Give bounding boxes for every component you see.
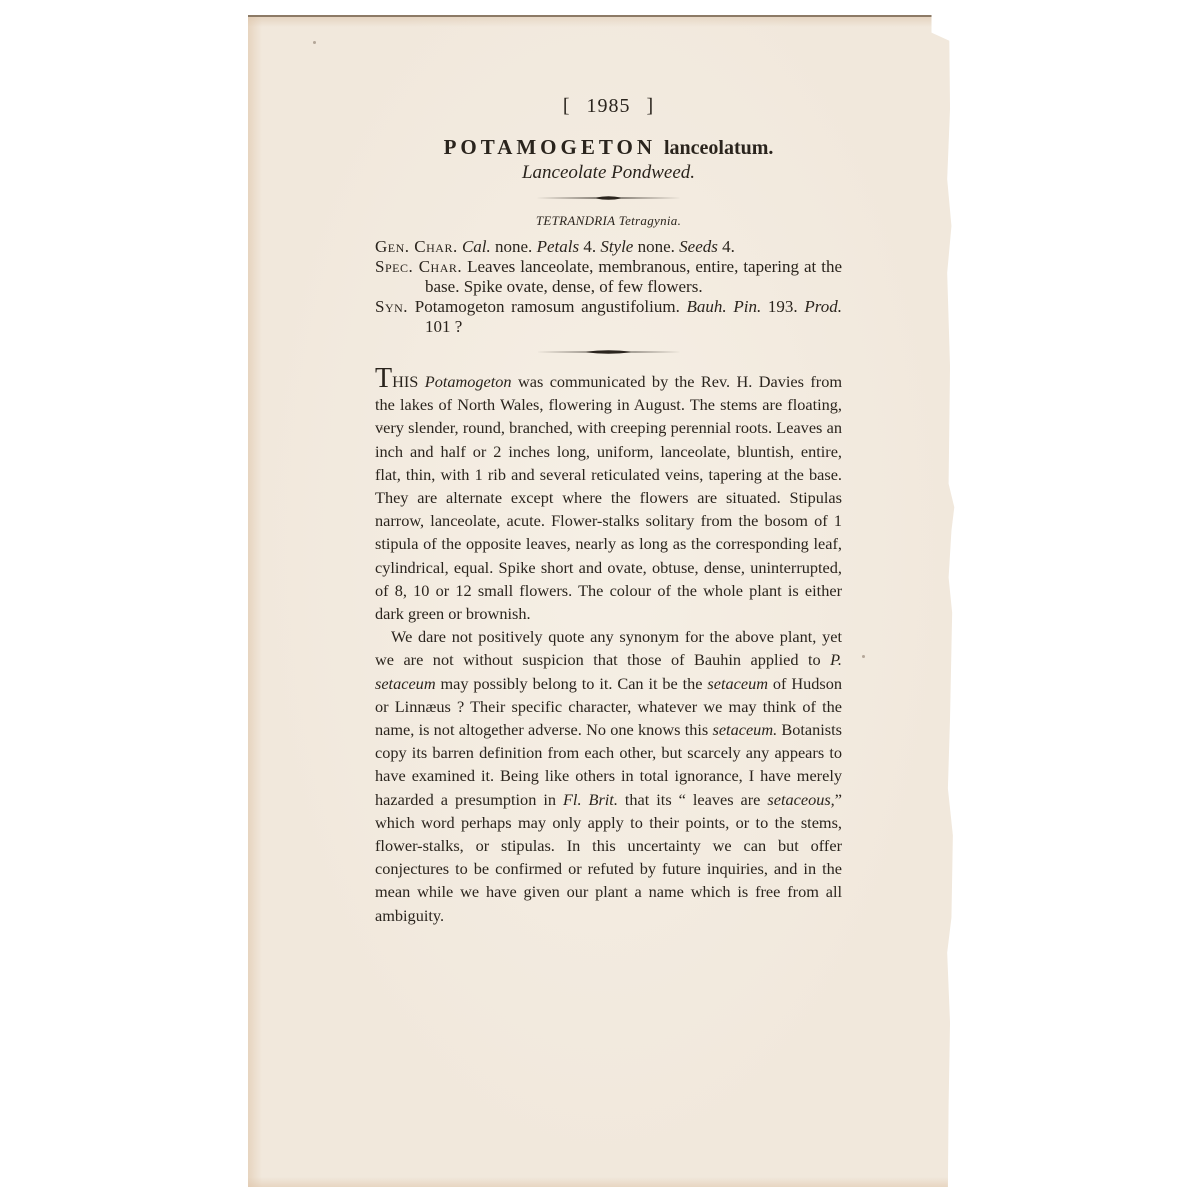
linnaean-classification: TETRANDRIA Tetragynia. xyxy=(375,213,842,229)
plate-number: [ 1985 ] xyxy=(375,95,842,118)
gen-char-part: 4. xyxy=(579,237,600,256)
description-body: THIS Potamogeton was communicated by the… xyxy=(375,369,842,927)
description-paragraph: We dare not positively quote any synonym… xyxy=(375,625,842,927)
species-name: lanceolatum. xyxy=(664,137,773,159)
gen-char-part: Seeds xyxy=(679,237,718,256)
spec-char-text: Leaves lanceolate, membranous, entire, t… xyxy=(425,257,842,296)
gen-char-part: Style xyxy=(600,237,633,256)
genus-name: POTAMOGETON xyxy=(444,135,656,159)
botanical-characters: Gen. Char. Cal. none. Petals 4. Style no… xyxy=(375,237,842,337)
syn-reference: Bauh. Pin. xyxy=(687,297,762,316)
paper-speck xyxy=(313,41,316,44)
synonym: Syn. Potamogeton ramosum angustifolium. … xyxy=(375,297,842,337)
paragraph-text: that its “ leaves are xyxy=(618,790,767,809)
common-name: Lanceolate Pondweed. xyxy=(375,161,842,185)
syn-text: 101 ? xyxy=(425,317,462,336)
paragraph-text: We dare not positively quote any synonym… xyxy=(375,627,842,669)
specific-character: Spec. Char. Leaves lanceolate, membranou… xyxy=(375,257,842,297)
lead-text: HIS xyxy=(392,372,425,391)
ornamental-rule xyxy=(536,349,681,355)
paper-speck xyxy=(862,655,865,658)
drop-cap: T xyxy=(375,363,392,394)
gen-char-part: none. xyxy=(633,237,679,256)
genus-italic: Potamogeton xyxy=(425,372,512,391)
paragraph-text: may possibly belong to it. Can it be the xyxy=(436,674,708,693)
gen-char-part: Petals xyxy=(537,237,580,256)
description-paragraph: THIS Potamogeton was communicated by the… xyxy=(375,369,842,625)
gen-char-part: Cal. xyxy=(462,237,491,256)
gen-char-label: Gen. Char. xyxy=(375,237,458,256)
spec-char-label: Spec. Char. xyxy=(375,257,462,276)
gen-char-part: none. xyxy=(491,237,537,256)
italic-term: Fl. Brit. xyxy=(563,790,618,809)
italic-term: setaceum. xyxy=(713,720,778,739)
italic-term: setaceum xyxy=(707,674,768,693)
paragraph-text: ” which word perhaps may only apply to t… xyxy=(375,790,842,925)
page-title: POTAMOGETONlanceolatum. xyxy=(375,134,842,161)
paragraph-text: was communicated by the Rev. H. Davies f… xyxy=(375,372,842,623)
syn-reference: Prod. xyxy=(804,297,842,316)
gen-char-part: 4. xyxy=(718,237,735,256)
syn-label: Syn. xyxy=(375,297,408,316)
generic-character: Gen. Char. Cal. none. Petals 4. Style no… xyxy=(375,237,842,257)
syn-text: 193. xyxy=(761,297,804,316)
page-content: [ 1985 ] POTAMOGETONlanceolatum. Lanceol… xyxy=(375,95,842,927)
ornamental-rule xyxy=(536,195,681,201)
syn-text: Potamogeton ramosum angustifolium. xyxy=(415,297,680,316)
italic-term: setaceous, xyxy=(767,790,834,809)
